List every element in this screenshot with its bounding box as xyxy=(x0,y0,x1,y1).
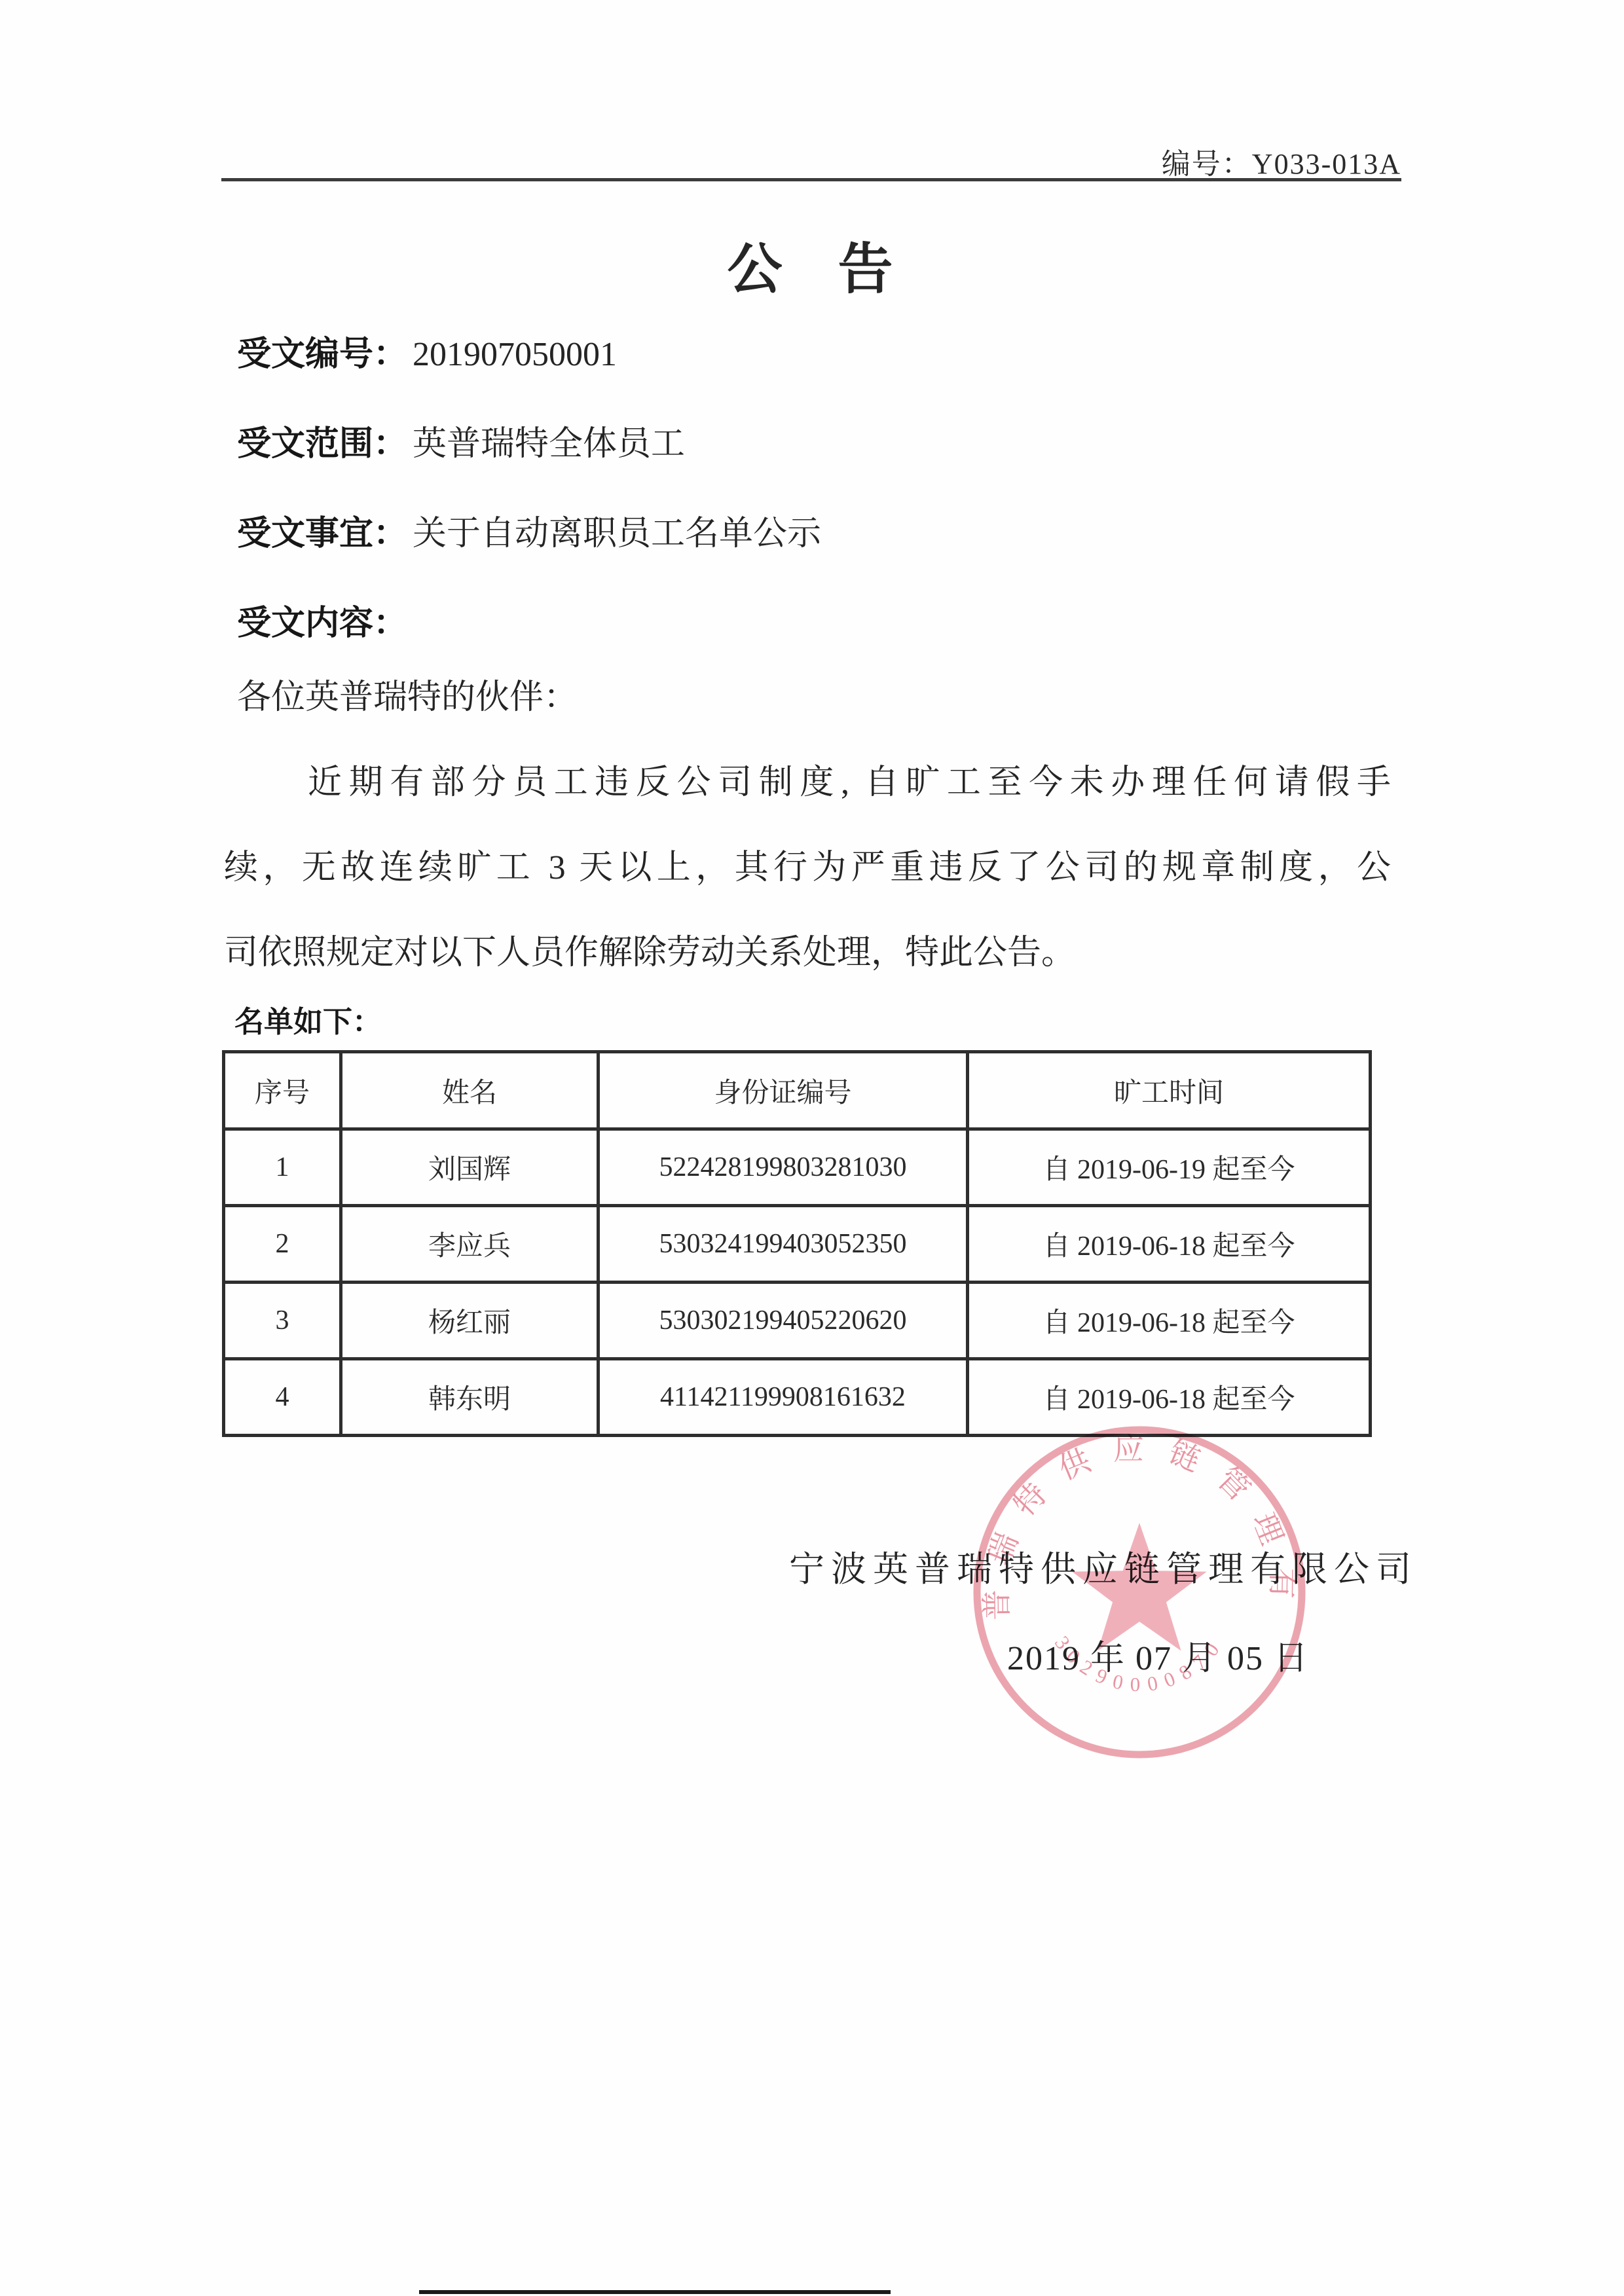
field-doc-number: 受文编号：201907050001 xyxy=(237,326,617,375)
scan-artifact-line xyxy=(419,2290,891,2294)
cell-index: 2 xyxy=(224,1206,341,1283)
cell-absence: 自 2019-06-18 起至今 xyxy=(968,1283,1371,1359)
col-header-name: 姓名 xyxy=(341,1052,599,1129)
field-value: 关于自动离职员工名单公示 xyxy=(413,515,821,553)
field-label: 受文事宜： xyxy=(237,515,407,553)
field-value: 英普瑞特全体员工 xyxy=(413,426,685,463)
table-row: 1 刘国辉 522428199803281030 自 2019-06-19 起至… xyxy=(224,1129,1371,1206)
col-header-id: 身份证编号 xyxy=(599,1052,968,1129)
table-header-row: 序号 姓名 身份证编号 旷工时间 xyxy=(224,1052,1371,1129)
cell-name: 李应兵 xyxy=(341,1206,599,1283)
field-scope: 受文范围：英普瑞特全体员工 xyxy=(237,416,685,465)
field-content: 受文内容： xyxy=(237,595,413,644)
paragraph-line: 司依照规定对以下人员作解除劳动关系处理，特此公告。 xyxy=(224,924,1391,974)
announcement-document: 编号：Y033-013A 公 告 受文编号：201907050001 受文范围：… xyxy=(0,0,1624,2296)
col-header-absence: 旷工时间 xyxy=(968,1052,1371,1129)
field-subject: 受文事宜：关于自动离职员工名单公示 xyxy=(237,505,821,555)
col-header-index: 序号 xyxy=(224,1052,341,1129)
absentee-table: 序号 姓名 身份证编号 旷工时间 1 刘国辉 52242819980328103… xyxy=(222,1050,1372,1437)
field-label: 受文编号： xyxy=(237,336,407,373)
salutation: 各位英普瑞特的伙伴： xyxy=(237,669,578,718)
field-label: 受文内容： xyxy=(237,605,407,642)
cell-index: 4 xyxy=(224,1359,341,1436)
cell-name: 杨红丽 xyxy=(341,1283,599,1359)
paragraph-line: 近期有部分员工违反公司制度, 自旷工至今未办理任何请假手 xyxy=(224,754,1391,803)
field-label: 受文范围： xyxy=(237,426,407,463)
cell-id: 530324199403052350 xyxy=(599,1206,968,1283)
cell-absence: 自 2019-06-19 起至今 xyxy=(968,1129,1371,1206)
cell-name: 刘国辉 xyxy=(341,1129,599,1206)
cell-absence: 自 2019-06-18 起至今 xyxy=(968,1206,1371,1283)
page-title: 公 告 xyxy=(223,225,1401,304)
list-intro: 名单如下： xyxy=(234,998,382,1040)
header-rule-line xyxy=(221,178,1401,181)
paragraph-line: 续，无故连续旷工 3 天以上，其行为严重违反了公司的规章制度，公 xyxy=(224,839,1391,888)
cell-index: 3 xyxy=(224,1283,341,1359)
stamp-star-icon xyxy=(1072,1523,1206,1650)
cell-id: 411421199908161632 xyxy=(599,1359,968,1436)
doc-code: 编号：Y033-013A xyxy=(1162,140,1401,182)
cell-index: 1 xyxy=(224,1129,341,1206)
table-row: 3 杨红丽 530302199405220620 自 2019-06-18 起至… xyxy=(224,1283,1371,1359)
field-value: 201907050001 xyxy=(413,336,617,373)
cell-id: 530302199405220620 xyxy=(599,1283,968,1359)
cell-name: 韩东明 xyxy=(341,1359,599,1436)
table-row: 2 李应兵 530324199403052350 自 2019-06-18 起至… xyxy=(224,1206,1371,1283)
cell-id: 522428199803281030 xyxy=(599,1129,968,1206)
company-seal-stamp: 宁波英普瑞特供应链管理有限公司 3302900008708 xyxy=(968,1418,1314,1768)
